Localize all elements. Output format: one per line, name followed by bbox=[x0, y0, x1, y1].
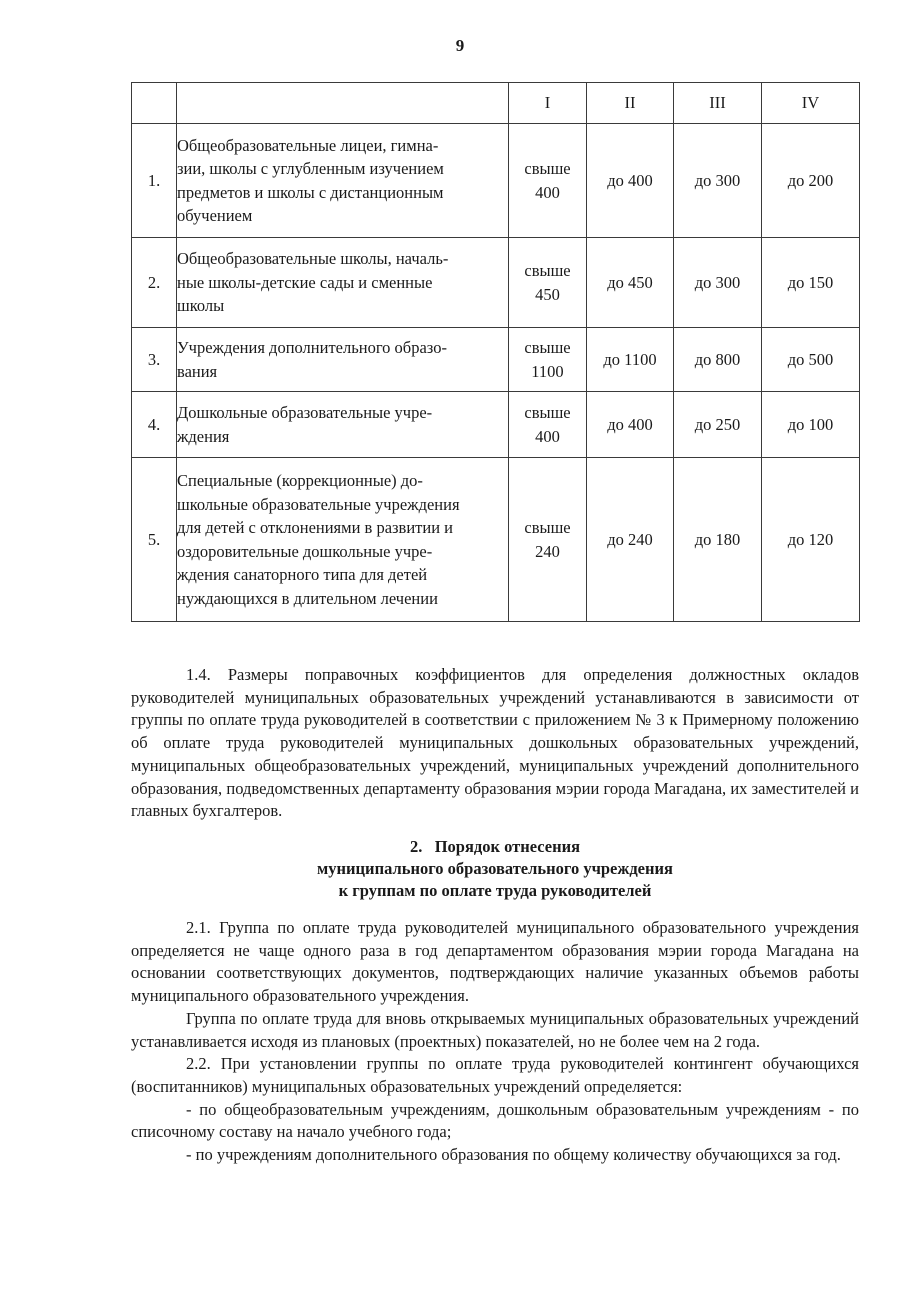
page-number: 9 bbox=[0, 36, 920, 56]
group-1-value: свыше1100 bbox=[509, 328, 587, 392]
paragraph: 2.2. При установлении группы по оплате т… bbox=[131, 1053, 859, 1098]
institution-type-line: Общеобразовательные лицеи, гимна- bbox=[177, 134, 508, 158]
paragraph: 2.1. Группа по оплате труда руководителе… bbox=[131, 917, 859, 1008]
institution-type: Дошкольные образовательные учре-ждения bbox=[177, 392, 509, 458]
group-2-value: до 400 bbox=[587, 392, 674, 458]
group-4-value: до 100 bbox=[762, 392, 860, 458]
group-3-value: до 180 bbox=[674, 458, 762, 622]
institution-type: Специальные (коррекционные) до-школьные … bbox=[177, 458, 509, 622]
group-3-value: до 250 bbox=[674, 392, 762, 458]
institution-type-line: Дошкольные образовательные учре- bbox=[177, 401, 508, 425]
value-part: свыше bbox=[509, 516, 586, 540]
row-number: 1. bbox=[132, 124, 177, 238]
value-part: 1100 bbox=[509, 360, 586, 384]
group-1-value: свыше400 bbox=[509, 124, 587, 238]
institution-type-line: ждения санаторного типа для детей bbox=[177, 563, 508, 587]
section-2-body: 2.1. Группа по оплате труда руководителе… bbox=[131, 917, 859, 1167]
value-part: свыше bbox=[509, 401, 586, 425]
institution-type-line: школьные образовательные учреждения bbox=[177, 493, 508, 517]
heading-line-2: муниципального образовательного учрежден… bbox=[131, 858, 859, 880]
institution-type-line: нуждающихся в длительном лечении bbox=[177, 587, 508, 611]
header-cell-desc bbox=[177, 83, 509, 124]
group-2-value: до 450 bbox=[587, 238, 674, 328]
group-2-value: до 400 bbox=[587, 124, 674, 238]
institution-type-line: вания bbox=[177, 360, 508, 384]
value-part: свыше bbox=[509, 157, 586, 181]
institution-type-line: оздоровительные дошкольные учре- bbox=[177, 540, 508, 564]
institution-type-line: Общеобразовательные школы, началь- bbox=[177, 247, 508, 271]
institution-type-line: для детей с отклонениями в развитии и bbox=[177, 516, 508, 540]
value-part: свыше bbox=[509, 259, 586, 283]
row-number: 5. bbox=[132, 458, 177, 622]
group-4-value: до 200 bbox=[762, 124, 860, 238]
group-1-value: свыше240 bbox=[509, 458, 587, 622]
paragraph-1-4: 1.4. Размеры поправочных коэффициентов д… bbox=[131, 664, 859, 823]
group-3-value: до 300 bbox=[674, 124, 762, 238]
staff-group-table: I II III IV 1.Общеобразовательные лицеи,… bbox=[131, 82, 860, 622]
institution-type-line: Учреждения дополнительного образо- bbox=[177, 336, 508, 360]
institution-type: Общеобразовательные лицеи, гимна-зии, шк… bbox=[177, 124, 509, 238]
heading-line-1: 2. Порядок отнесения bbox=[131, 836, 859, 858]
group-1-value: свыше400 bbox=[509, 392, 587, 458]
heading-line-3: к группам по оплате труда руководителей bbox=[131, 880, 859, 902]
institution-type-line: обучением bbox=[177, 204, 508, 228]
institution-type-line: ждения bbox=[177, 425, 508, 449]
value-part: 400 bbox=[509, 425, 586, 449]
institution-type-line: школы bbox=[177, 294, 508, 318]
row-number: 4. bbox=[132, 392, 177, 458]
value-part: 400 bbox=[509, 181, 586, 205]
row-number: 2. bbox=[132, 238, 177, 328]
paragraph: Группа по оплате труда для вновь открыва… bbox=[131, 1008, 859, 1053]
institution-type: Учреждения дополнительного образо-вания bbox=[177, 328, 509, 392]
paragraph: - по учреждениям дополнительного образов… bbox=[131, 1144, 859, 1167]
section-2-heading: 2. Порядок отнесения муниципального обра… bbox=[131, 836, 859, 902]
table-row: 4.Дошкольные образовательные учре-ждения… bbox=[132, 392, 860, 458]
group-2-value: до 240 bbox=[587, 458, 674, 622]
group-3-value: до 800 bbox=[674, 328, 762, 392]
group-1-value: свыше450 bbox=[509, 238, 587, 328]
header-cell-group-3: III bbox=[674, 83, 762, 124]
group-3-value: до 300 bbox=[674, 238, 762, 328]
institution-type-line: предметов и школы с дистанционным bbox=[177, 181, 508, 205]
institution-type-line: Специальные (коррекционные) до- bbox=[177, 469, 508, 493]
group-4-value: до 120 bbox=[762, 458, 860, 622]
value-part: 450 bbox=[509, 283, 586, 307]
institution-type-line: ные школы-детские сады и сменные bbox=[177, 271, 508, 295]
table-row: 3.Учреждения дополнительного образо-вани… bbox=[132, 328, 860, 392]
table-row: 1.Общеобразовательные лицеи, гимна-зии, … bbox=[132, 124, 860, 238]
header-cell-group-2: II bbox=[587, 83, 674, 124]
header-cell-group-4: IV bbox=[762, 83, 860, 124]
header-cell-num bbox=[132, 83, 177, 124]
group-4-value: до 500 bbox=[762, 328, 860, 392]
table-row: 2.Общеобразовательные школы, началь-ные … bbox=[132, 238, 860, 328]
paragraph: - по общеобразовательным учреждениям, до… bbox=[131, 1099, 859, 1144]
group-2-value: до 1100 bbox=[587, 328, 674, 392]
table-row: 5.Специальные (коррекционные) до-школьны… bbox=[132, 458, 860, 622]
table-header-row: I II III IV bbox=[132, 83, 860, 124]
section-1-4: 1.4. Размеры поправочных коэффициентов д… bbox=[131, 664, 859, 823]
institution-type-line: зии, школы с углубленным изучением bbox=[177, 157, 508, 181]
header-cell-group-1: I bbox=[509, 83, 587, 124]
value-part: свыше bbox=[509, 336, 586, 360]
value-part: 240 bbox=[509, 540, 586, 564]
group-4-value: до 150 bbox=[762, 238, 860, 328]
institution-type: Общеобразовательные школы, началь-ные шк… bbox=[177, 238, 509, 328]
row-number: 3. bbox=[132, 328, 177, 392]
